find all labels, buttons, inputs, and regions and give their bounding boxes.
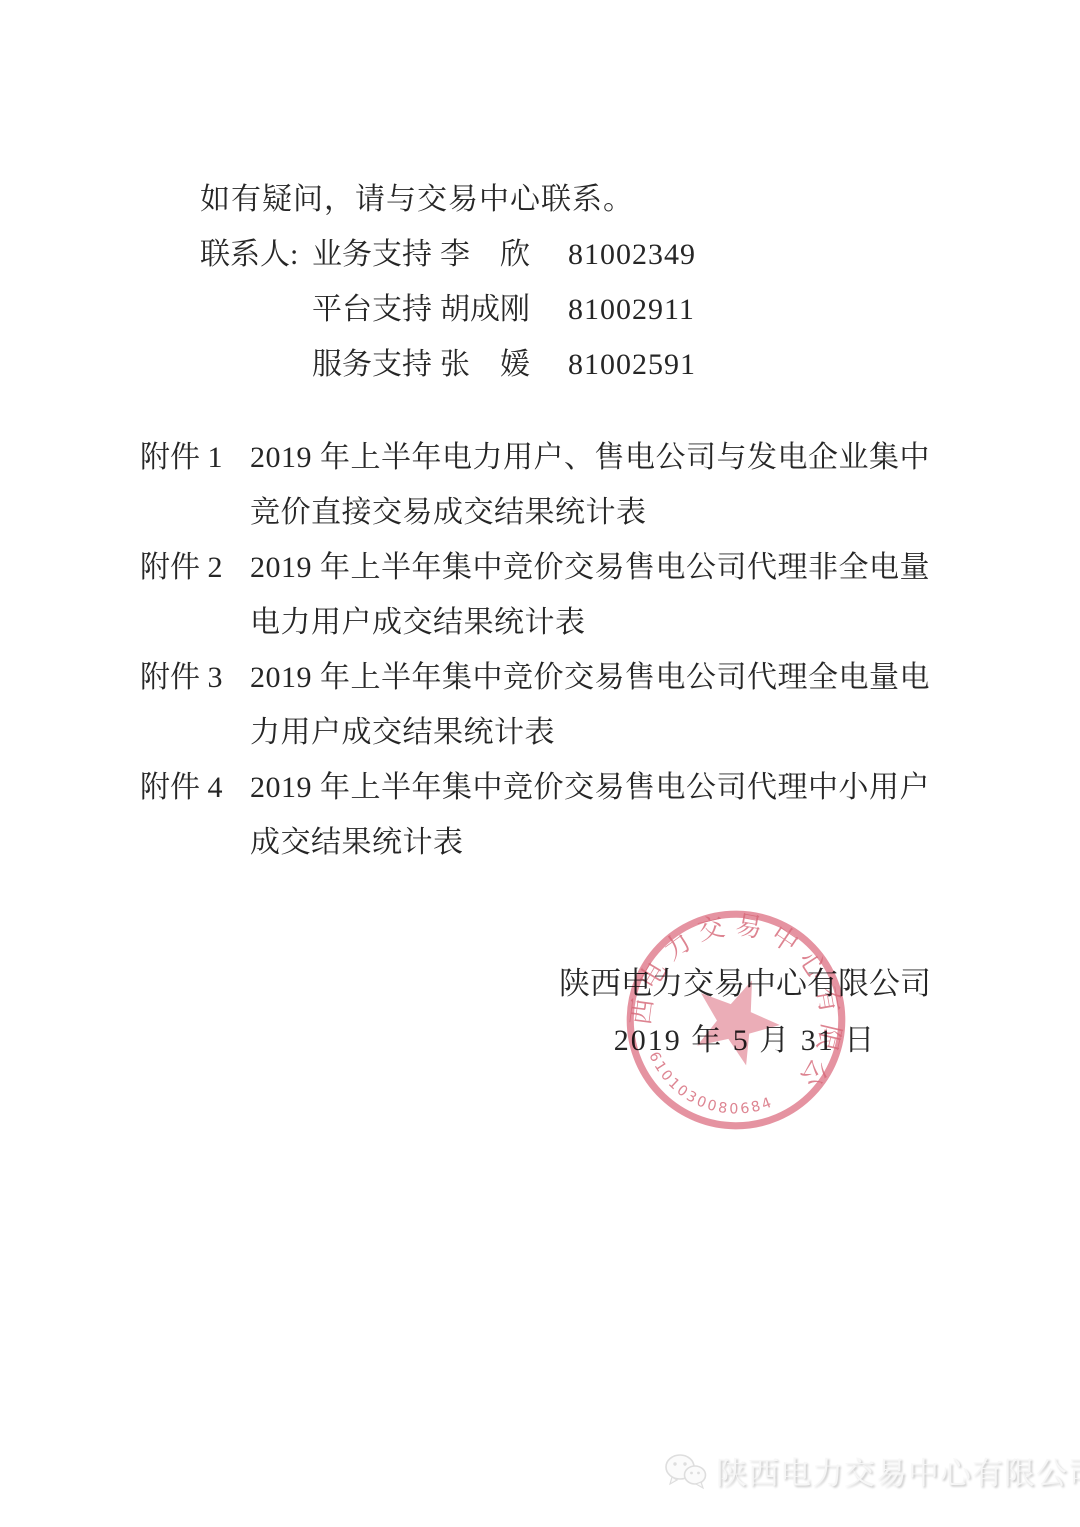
- contact-row: 联系人: 业务支持 李 欣 81002349: [200, 227, 696, 282]
- attachment-label: 附件 4: [140, 760, 250, 815]
- footer-watermark: 陕西电力交易中心有限公司: [662, 1448, 1080, 1493]
- company-seal: 陕西电力交易中心有限公司 6101030080684: [616, 900, 856, 1140]
- contact-role: 服务支持: [312, 337, 440, 392]
- contact-phone: 81002591: [568, 337, 696, 392]
- attachment-label: 附件 3: [140, 650, 250, 705]
- footer-account-name: 陕西电力交易中心有限公司: [716, 1448, 1080, 1493]
- contact-row: 平台支持 胡成刚 81002911: [200, 282, 696, 337]
- attachment-title: 2019 年上半年电力用户、售电公司与发电企业集中: [250, 430, 930, 485]
- contact-label: 联系人:: [200, 227, 312, 282]
- attachment-title-cont: 成交结果统计表: [250, 815, 464, 870]
- attachment-item: 附件 1 2019 年上半年电力用户、售电公司与发电企业集中: [140, 430, 930, 485]
- attachment-title-cont: 电力用户成交结果统计表: [250, 595, 586, 650]
- attachment-label: 附件 2: [140, 540, 250, 595]
- attachment-title: 2019 年上半年集中竞价交易售电公司代理中小用户: [250, 760, 930, 815]
- wechat-icon: [662, 1451, 708, 1491]
- seal-star-icon: [682, 964, 791, 1071]
- contact-phone: 81002349: [568, 227, 696, 282]
- attachment-list: 附件 1 2019 年上半年电力用户、售电公司与发电企业集中 竞价直接交易成交结…: [140, 430, 930, 870]
- attachment-label: 附件 1: [140, 430, 250, 485]
- contact-row: 服务支持 张 媛 81002591: [200, 337, 696, 392]
- attachment-title-cont: 力用户成交结果统计表: [250, 705, 555, 760]
- contact-role: 业务支持: [312, 227, 440, 282]
- attachment-title: 2019 年上半年集中竞价交易售电公司代理非全电量: [250, 540, 930, 595]
- contact-block: 如有疑问，请与交易中心联系。 联系人: 业务支持 李 欣 81002349 平台…: [200, 172, 696, 392]
- attachment-title-cont: 竞价直接交易成交结果统计表: [250, 485, 647, 540]
- attachment-item: 附件 3 2019 年上半年集中竞价交易售电公司代理全电量电: [140, 650, 930, 705]
- contact-name: 胡成刚: [440, 282, 568, 337]
- attachment-item: 附件 4 2019 年上半年集中竞价交易售电公司代理中小用户: [140, 760, 930, 815]
- contact-name: 李 欣: [440, 227, 568, 282]
- attachment-title: 2019 年上半年集中竞价交易售电公司代理全电量电: [250, 650, 930, 705]
- document-page: 如有疑问，请与交易中心联系。 联系人: 业务支持 李 欣 81002349 平台…: [0, 0, 1080, 1527]
- contact-name: 张 媛: [440, 337, 568, 392]
- contact-intro: 如有疑问，请与交易中心联系。: [200, 172, 696, 227]
- attachment-item: 附件 2 2019 年上半年集中竞价交易售电公司代理非全电量: [140, 540, 930, 595]
- contact-phone: 81002911: [568, 282, 695, 337]
- contact-role: 平台支持: [312, 282, 440, 337]
